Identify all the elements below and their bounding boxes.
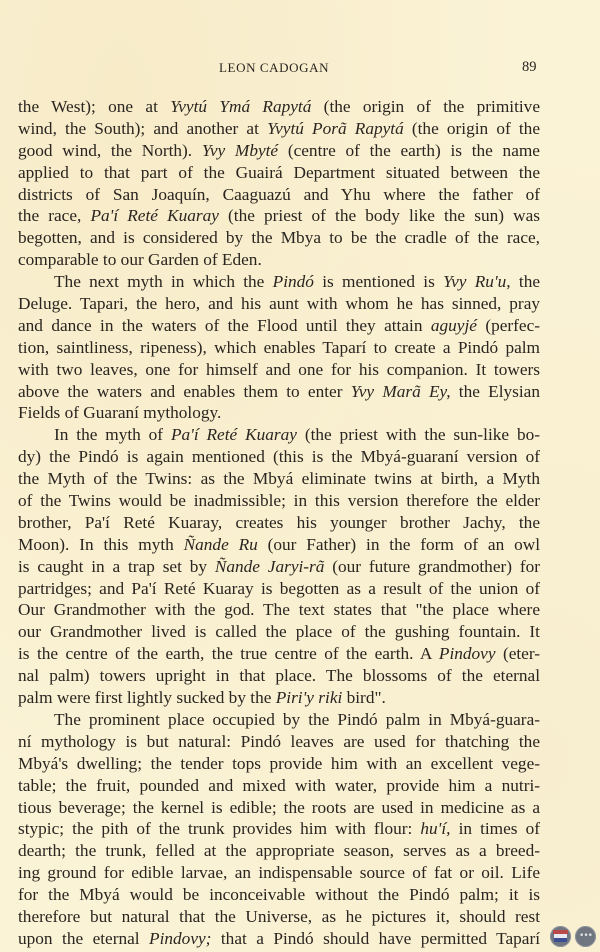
italic-term: Pindó [273,272,314,291]
text-line: for the Mbyá would be inconceivable with… [18,884,540,906]
text-run: Mbyá's dwelling; the tender tops provide… [18,754,540,773]
text-run: begotten, and is considered by the Mbya … [18,228,540,247]
text-run: our Grandmother lived is called the plac… [18,622,540,641]
page-number: 89 [522,59,537,76]
text-run: tious beverage; the kernel is edible; th… [18,798,540,817]
italic-term: Pindovy [439,644,496,663]
flag-button[interactable] [550,926,571,947]
ellipsis-icon: ••• [579,931,592,941]
text-run: (the priest with the sun-like bo- [297,425,540,444]
text-run: is mentioned is [314,272,443,291]
text-line: Fields of Guaraní mythology. [18,402,540,424]
text-run: Deluge. Tapari, the hero, and his aunt w… [18,294,540,313]
text-run: palm were first lightly sucked by the [18,688,276,707]
italic-term: Yvytú Ymá Rapytá [170,97,311,116]
text-line: with two leaves, one for himself and one… [18,359,540,381]
text-run: (centre of the earth) is the name [278,141,540,160]
text-line: the West); one at Yvytú Ymá Rapytá (the … [18,96,540,118]
text-line: above the waters and enables them to ent… [18,381,540,403]
text-run: and dance in the waters of the Flood unt… [18,316,431,335]
text-run: dy) the Pindó is again mentioned (this i… [18,447,540,466]
running-header: LEON CADOGAN 89 [0,56,600,78]
text-run: wind, the South); and another at [18,119,267,138]
text-line: begotten, and is considered by the Mbya … [18,227,540,249]
text-line: Mbyá's dwelling; the tender tops provide… [18,753,540,775]
text-line: ing ground for edible larvae, an indispe… [18,862,540,884]
text-run: the Elysian [451,382,540,401]
italic-term: Yvy Marã Ey, [351,382,451,401]
text-line: stypic; the pith of the trunk provides h… [18,818,540,840]
more-options-button[interactable]: ••• [575,926,596,947]
text-line: the Myth of the Twins: as the Mbyá elimi… [18,468,540,490]
text-line: is the centre of the earth, the true cen… [18,643,540,665]
text-run: is the centre of the earth, the true cen… [18,644,439,663]
text-line: dy) the Pindó is again mentioned (this i… [18,446,540,468]
italic-term: Yvy Ru'u, [443,272,511,291]
text-line: good wind, the North). Yvy Mbyté (centre… [18,140,540,162]
text-line: the race, Pa'í Reté Kuaray (the priest o… [18,205,540,227]
italic-term: aguyjé [431,316,477,335]
text-run: therefore but natural that the Universe,… [18,907,540,926]
text-line: Our Grandmother with the god. The text s… [18,599,540,621]
text-run: of the Twins would be inadmissible; in t… [18,491,540,510]
text-run: (the priest of the body like the sun) wa… [219,206,540,225]
text-run: is caught in a trap set by [18,557,215,576]
italic-term: Ñande Ru [184,535,258,554]
text-line: brother, Pa'í Reté Kuaray, creates his y… [18,512,540,534]
text-line: Deluge. Tapari, the hero, and his aunt w… [18,293,540,315]
text-run: bird". [342,688,386,707]
text-run: upon the eternal [18,929,149,948]
text-run: with two leaves, one for himself and one… [18,360,540,379]
text-line: palm were first lightly sucked by the Pi… [18,687,540,709]
italic-term: Ñande Jaryi-rã [215,557,325,576]
text-run: good wind, the North). [18,141,202,160]
text-run: in times of [450,819,540,838]
text-run: The prominent place occupied by the Pind… [54,710,540,729]
text-run: table; the fruit, pounded and mixed with… [18,776,540,795]
text-run: ing ground for edible larvae, an indispe… [18,863,540,882]
text-run: above the waters and enables them to ent… [18,382,351,401]
text-line: comparable to our Garden of Eden. [18,249,540,271]
text-line: ní mythology is but natural: Pindó leave… [18,731,540,753]
text-line: Moon). In this myth Ñande Ru (our Father… [18,534,540,556]
text-run: (eter- [496,644,541,663]
text-line: table; the fruit, pounded and mixed with… [18,775,540,797]
text-line: dearth; the trunk, felled at the appropr… [18,840,540,862]
text-run: nal palm) towers upright in that place. … [18,666,540,685]
text-run: In the myth of [54,425,171,444]
text-run: (the origin of the primitive [311,97,540,116]
text-run: brother, Pa'í Reté Kuaray, creates his y… [18,513,540,532]
text-line: districts of San Joaquín, Caaguazú and Y… [18,184,540,206]
text-run: ní mythology is but natural: Pindó leave… [18,732,540,751]
text-line: In the myth of Pa'í Reté Kuaray (the pri… [18,424,540,446]
text-line: The prominent place occupied by the Pind… [18,709,540,731]
text-run: for the Mbyá would be inconceivable with… [18,885,540,904]
text-run: districts of San Joaquín, Caaguazú and Y… [18,185,540,204]
text-line: The next myth in which the Pindó is ment… [18,271,540,293]
text-run: (the origin of the [404,119,540,138]
text-run: the West); one at [18,97,170,116]
italic-term: Piri'y riki [276,688,343,707]
text-line: upon the eternal Pindovy; that a Pindó s… [18,928,540,950]
text-line: our Grandmother lived is called the plac… [18,621,540,643]
text-run: Moon). In this myth [18,535,184,554]
text-line: partridges; and Pa'í Reté Kuaray is bego… [18,578,540,600]
text-line: tious beverage; the kernel is edible; th… [18,797,540,819]
italic-term: Yvy Mbyté [202,141,278,160]
italic-term: Pa'í Reté Kuaray [90,206,218,225]
text-run: (perfec- [477,316,540,335]
text-run: the [511,272,540,291]
text-run: the Myth of the Twins: as the Mbyá elimi… [18,469,540,488]
text-run: The next myth in which the [54,272,273,291]
text-line: wind, the South); and another at Yvytú P… [18,118,540,140]
text-run: stypic; the pith of the trunk provides h… [18,819,420,838]
text-run: (our future grandmother) for [324,557,540,576]
text-line: nal palm) towers upright in that place. … [18,665,540,687]
text-run: Fields of Guaraní mythology. [18,403,221,422]
text-run: partridges; and Pa'í Reté Kuaray is bego… [18,579,540,598]
italic-term: Yvytú Porã Rapytá [267,119,404,138]
body-text: the West); one at Yvytú Ymá Rapytá (the … [18,96,540,950]
text-line: and dance in the waters of the Flood unt… [18,315,540,337]
text-run: tion, saintliness, ripeness), which enab… [18,338,540,357]
running-title: LEON CADOGAN [219,60,329,76]
text-line: of the Twins would be inadmissible; in t… [18,490,540,512]
italic-term: Pa'í Reté Kuaray [171,425,297,444]
text-run: the race, [18,206,90,225]
text-run: comparable to our Garden of Eden. [18,250,262,269]
text-line: tion, saintliness, ripeness), which enab… [18,337,540,359]
text-line: applied to that part of the Guairá Depar… [18,162,540,184]
italic-term: hu'í, [420,819,450,838]
text-run: that a Pindó should have permitted Tapar… [211,929,540,948]
text-run: Our Grandmother with the god. The text s… [18,600,540,619]
text-line: therefore but natural that the Universe,… [18,906,540,928]
text-run: dearth; the trunk, felled at the appropr… [18,841,540,860]
text-run: (our Father) in the form of an owl [258,535,540,554]
text-line: is caught in a trap set by Ñande Jaryi-r… [18,556,540,578]
text-run: applied to that part of the Guairá Depar… [18,163,540,182]
italic-term: Pindovy; [149,929,211,948]
